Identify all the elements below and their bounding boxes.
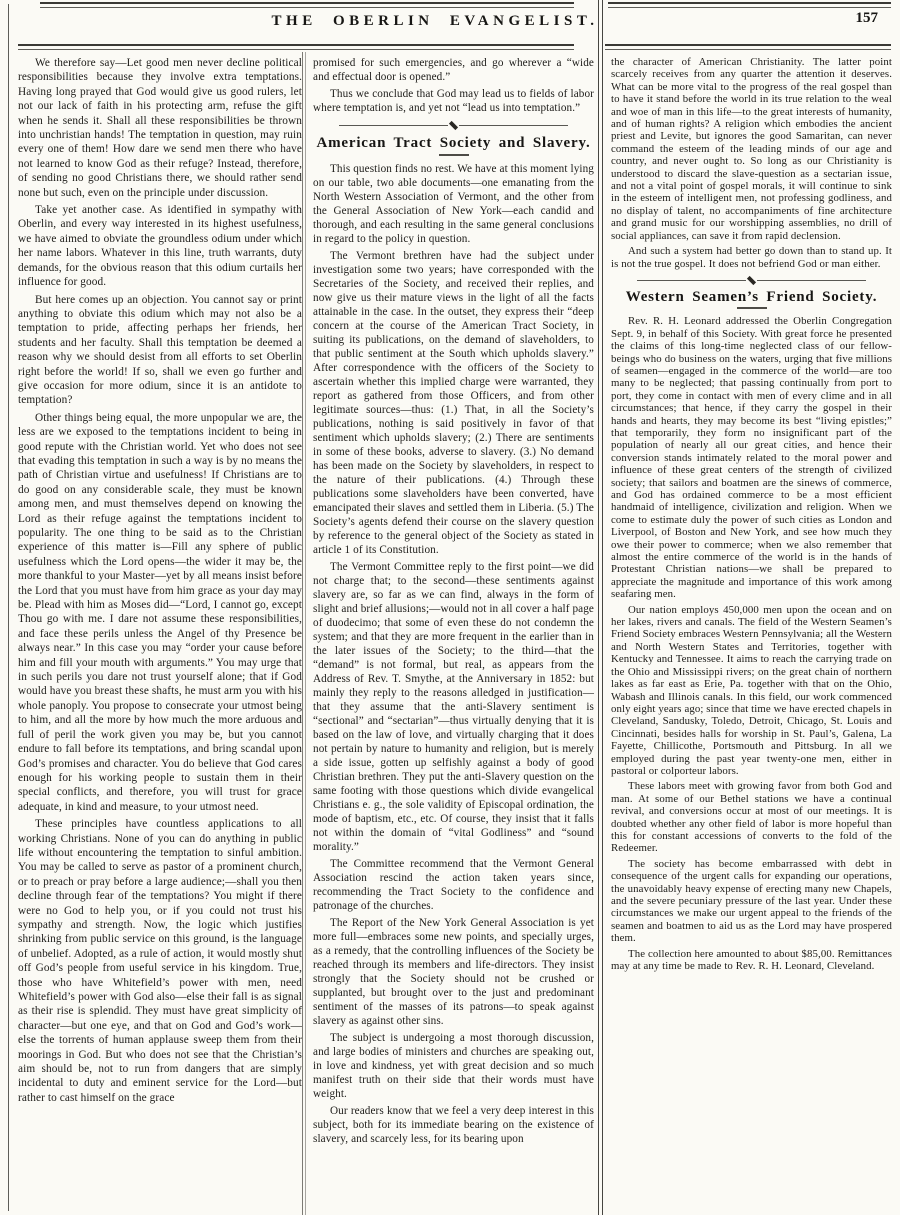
heading-ornament [611,277,892,284]
column-divider-1 [302,52,306,1215]
masthead-rule-top-left [40,2,574,8]
paragraph: The society has become embarrassed with … [611,858,892,945]
diamond-icon [747,276,756,285]
article-heading-western-seamens-friend-society: Western Seamen’s Friend Society. [611,277,892,309]
paragraph: This question finds no rest. We have at … [313,162,594,246]
paragraph: Other things being equal, the more unpop… [18,411,302,814]
ornament-line [757,280,866,281]
column-3: the character of American Christianity. … [611,56,892,975]
paragraph: Our readers know that we feel a very dee… [313,1104,594,1146]
paragraph: The Vermont brethren have had the subjec… [313,249,594,557]
column-divider-2 [598,0,603,1215]
paragraph: And such a system had better go down tha… [611,245,892,270]
paragraph: But here comes up an objection. You cann… [18,293,302,408]
paragraph: The Vermont Committee reply to the first… [313,560,594,854]
masthead-rule-bottom-left [18,44,574,50]
paragraph: The subject is undergoing a most thoroug… [313,1031,594,1101]
masthead-title: THE OBERLIN EVANGELIST. [140,13,730,30]
masthead-rule-bottom-right [605,44,891,50]
diamond-icon [449,121,458,130]
heading-underline [439,154,469,156]
paragraph: These principles have countless applicat… [18,817,302,1105]
ornament-line [339,125,448,126]
paragraph: promised for such emergencies, and go wh… [313,56,594,84]
column-1: We therefore say—Let good men never decl… [18,56,302,1108]
masthead-rule-top-right [608,2,891,8]
paragraph: Thus we conclude that God may lead us to… [313,87,594,115]
paragraph: The collection here amounted to about $8… [611,948,892,973]
paragraph: Take yet another case. As identified in … [18,203,302,289]
paragraph: Rev. R. H. Leonard addressed the Oberlin… [611,315,892,600]
heading-underline [737,307,767,309]
column-2: promised for such emergencies, and go wh… [313,56,594,1149]
page-number: 157 [856,10,879,27]
paragraph: The Report of the New York General Assoc… [313,916,594,1028]
article-heading-american-tract-society: American Tract Society and Slavery. [313,122,594,156]
left-margin-rule [8,4,9,1211]
article-title: Western Seamen’s Friend Society. [611,291,892,303]
paragraph: We therefore say—Let good men never decl… [18,56,302,200]
ornament-line [459,125,568,126]
ornament-line [637,280,746,281]
article-title: American Tract Society and Slavery. [313,136,594,150]
paragraph: The Committee recommend that the Vermont… [313,857,594,913]
paragraph: These labors meet with growing favor fro… [611,780,892,854]
heading-ornament [313,122,594,129]
paragraph: Our nation employs 450,000 men upon the … [611,604,892,778]
newspaper-page: THE OBERLIN EVANGELIST. 157 We therefore… [0,0,900,1215]
paragraph: the character of American Christianity. … [611,56,892,242]
